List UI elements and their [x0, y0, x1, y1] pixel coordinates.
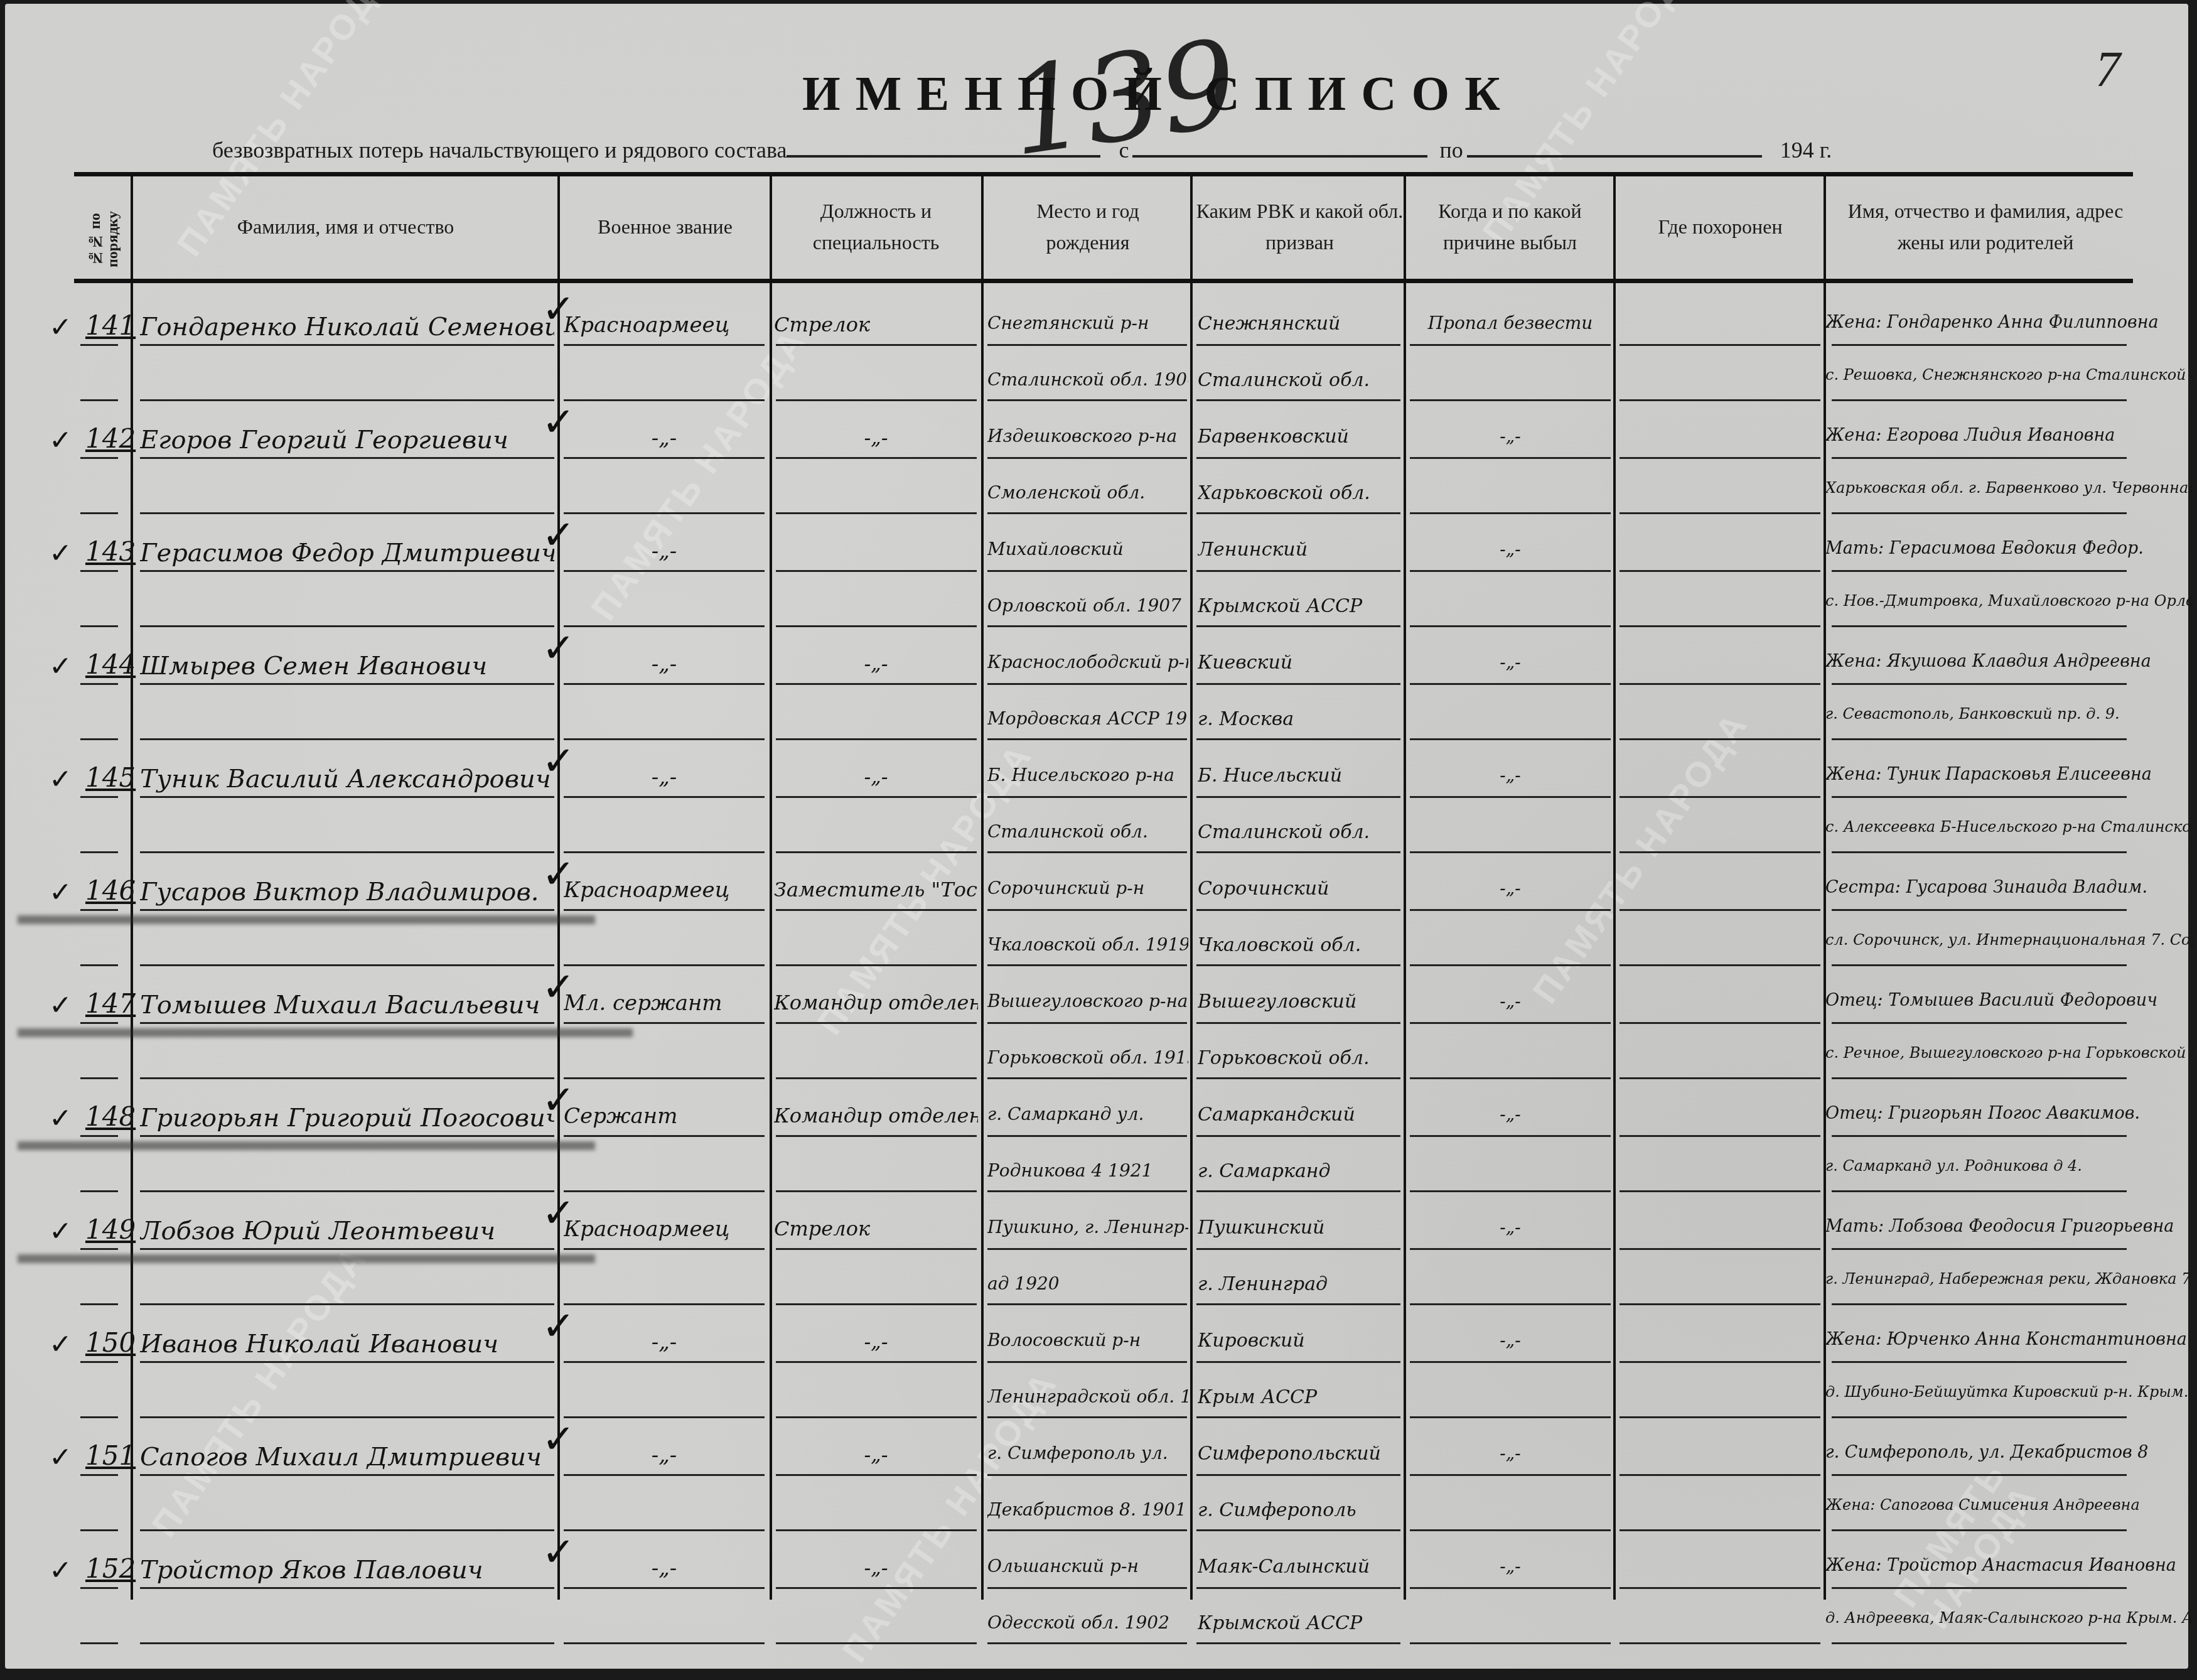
- row-rule: [1832, 1022, 2127, 1024]
- cell-birth-2: Декабристов 8. 1901: [987, 1499, 1188, 1520]
- row-number: 144: [85, 649, 136, 680]
- row-rule: [80, 1248, 118, 1250]
- row-rule: [1620, 1642, 1820, 1644]
- row-rule: [1620, 1303, 1820, 1305]
- row-rule: [776, 1416, 977, 1418]
- row-rule: [564, 1248, 765, 1250]
- cell-rvk-2: Крымской АССР: [1198, 1612, 1402, 1634]
- row-rule: [1832, 683, 2127, 685]
- row-rule: [80, 1587, 118, 1589]
- row-rule: [1832, 625, 2127, 627]
- row-rule: [80, 1361, 118, 1363]
- cell-rvk-1: Симферопольский: [1198, 1443, 1402, 1465]
- pencil-strike-mark: [18, 1028, 633, 1037]
- row-rule: [1620, 1529, 1820, 1531]
- pencil-strike-mark: [18, 1141, 595, 1150]
- row-rule: [80, 512, 118, 514]
- cell-rel-2: г. Ленинград, Набережная реки, Ждановка …: [1825, 1270, 2193, 1288]
- row-rule: [987, 1361, 1187, 1363]
- cell-rel-1: Жена: Тройстор Анастасия Ивановна: [1825, 1556, 2193, 1575]
- column-divider: [981, 175, 984, 1600]
- cell-rank: -„-: [564, 539, 765, 564]
- row-rule: [80, 738, 118, 740]
- row-rule: [776, 964, 977, 966]
- row-rule: [564, 683, 765, 685]
- row-rule: [80, 851, 118, 853]
- row-rule: [1410, 625, 1611, 627]
- row-rule: [987, 1642, 1187, 1644]
- row-rule: [1410, 512, 1611, 514]
- cell-rel-1: Отец: Григорьян Погос Авакимов.: [1825, 1104, 2193, 1123]
- row-rule: [1832, 851, 2127, 853]
- row-rule: [987, 1190, 1187, 1192]
- row-rule: [1410, 1077, 1611, 1079]
- row-rule: [140, 851, 554, 853]
- row-rule: [1832, 1587, 2127, 1589]
- cell-birth-2: Орловской обл. 1907: [987, 595, 1188, 616]
- row-number: 152: [85, 1553, 136, 1584]
- cell-rvk-1: Самаркандский: [1198, 1104, 1402, 1126]
- row-number: 146: [85, 875, 136, 906]
- row-rule: [140, 1248, 554, 1250]
- cell-birth-1: Вышегуловского р-на: [987, 991, 1188, 1011]
- cell-rel-1: Жена: Туник Парасковья Елисеевна: [1825, 765, 2193, 784]
- row-rule: [776, 683, 977, 685]
- cell-rvk-1: Барвенковский: [1198, 426, 1402, 448]
- row-rule: [1196, 909, 1400, 911]
- row-rule: [1410, 738, 1611, 740]
- row-rule: [1832, 399, 2127, 401]
- row-rule: [1410, 1248, 1611, 1250]
- row-rule: [776, 344, 977, 346]
- cell-when: -„-: [1410, 765, 1611, 785]
- cell-position: -„-: [774, 1556, 978, 1580]
- cell-name: Томышев Михаил Васильевич: [140, 991, 554, 1020]
- row-rule: [564, 1303, 765, 1305]
- row-rule: [987, 1474, 1187, 1476]
- row-rule: [776, 851, 977, 853]
- cell-birth-2: Чкаловской обл. 1919: [987, 934, 1188, 955]
- cell-when: -„-: [1410, 1556, 1611, 1576]
- row-rule: [1620, 909, 1820, 911]
- row-rule: [80, 625, 118, 627]
- row-rule: [1832, 1361, 2127, 1363]
- row-rule: [1196, 683, 1400, 685]
- checkmark-icon: ✓: [49, 537, 72, 569]
- row-rule: [140, 344, 554, 346]
- cell-rel-2: д. Андреевка, Маяк-Салынского р-на Крым.…: [1825, 1609, 2193, 1627]
- row-rule: [1620, 1022, 1820, 1024]
- row-rule: [1832, 512, 2127, 514]
- row-rule: [80, 1022, 118, 1024]
- row-rule: [564, 851, 765, 853]
- row-rule: [987, 625, 1187, 627]
- header-when: Когда и по какой причине выбыл: [1411, 195, 1609, 258]
- cell-rank: -„-: [564, 1330, 765, 1355]
- row-rule: [140, 1077, 554, 1079]
- row-rule: [1620, 683, 1820, 685]
- row-rule: [1196, 1190, 1400, 1192]
- row-rule: [776, 1474, 977, 1476]
- cell-rank: -„-: [564, 1443, 765, 1468]
- row-rule: [80, 457, 118, 459]
- checkmark-icon: ✓: [49, 1215, 72, 1247]
- date-to-label: по: [1439, 137, 1463, 163]
- row-rule: [776, 1022, 977, 1024]
- row-rule: [1832, 457, 2127, 459]
- row-rule: [1196, 1587, 1400, 1589]
- row-rule: [564, 1190, 765, 1192]
- cell-when: -„-: [1410, 1104, 1611, 1124]
- row-rule: [1620, 1248, 1820, 1250]
- header-buried: Где похоронен: [1618, 211, 1822, 242]
- cell-rel-2: Харьковская обл. г. Барвенково ул. Черво…: [1825, 479, 2193, 497]
- row-rule: [987, 851, 1187, 853]
- cell-rank: Красноармеец: [564, 878, 765, 903]
- header-relatives: Имя, отчество и фамилия, адрес жены или …: [1832, 195, 2139, 258]
- row-rule: [80, 964, 118, 966]
- row-rule: [140, 570, 554, 572]
- watermark: ПАМЯТЬ НАРОДА: [584, 322, 814, 627]
- checkmark-icon: ✓: [49, 650, 72, 682]
- checkmark-icon: ✓: [49, 1328, 72, 1360]
- cell-when: -„-: [1410, 652, 1611, 672]
- row-number: 150: [85, 1327, 136, 1358]
- cell-birth-2: Сталинской обл. 1900: [987, 369, 1188, 390]
- document-sheet: ПАМЯТЬ НАРОДА ПАМЯТЬ НАРОДА ПАМЯТЬ НАРОД…: [5, 4, 2188, 1669]
- row-rule: [1196, 457, 1400, 459]
- cell-birth-2: Ленинградской обл. 1908 г.: [987, 1386, 1188, 1407]
- row-rule: [776, 1303, 977, 1305]
- row-rule: [1196, 1416, 1400, 1418]
- row-rule: [1196, 1474, 1400, 1476]
- row-rule: [987, 1077, 1187, 1079]
- row-rule: [564, 1416, 765, 1418]
- checkmark-icon: ✓: [49, 424, 72, 456]
- row-rule: [1410, 1587, 1611, 1589]
- row-rule: [80, 909, 118, 911]
- row-rule: [1196, 1022, 1400, 1024]
- cell-position: Заместитель "Тост": [774, 878, 978, 902]
- row-rule: [564, 512, 765, 514]
- cell-name: Герасимов Федор Дмитриевич: [140, 539, 554, 568]
- row-number: 141: [85, 310, 136, 341]
- row-rule: [1620, 1135, 1820, 1137]
- cell-birth-1: г. Симферополь ул.: [987, 1443, 1188, 1463]
- row-rule: [564, 964, 765, 966]
- cell-rank: Красноармеец: [564, 313, 765, 338]
- cell-birth-2: ад 1920: [987, 1273, 1188, 1294]
- cell-rel-2: с. Нов.-Дмитровка, Михайловского р-на Ор…: [1825, 592, 2193, 610]
- row-rule: [140, 683, 554, 685]
- row-rule: [140, 738, 554, 740]
- subtitle-line: безвозвратных потерь начальствующего и р…: [212, 137, 1832, 163]
- row-rule: [1832, 1416, 2127, 1418]
- row-rule: [1410, 851, 1611, 853]
- cell-rel-1: г. Симферополь, ул. Декабристов 8: [1825, 1443, 2193, 1462]
- row-rule: [564, 738, 765, 740]
- subtitle: безвозвратных потерь начальствующего и р…: [212, 137, 787, 163]
- cell-rank: -„-: [564, 652, 765, 677]
- row-rule: [776, 738, 977, 740]
- row-rule: [564, 570, 765, 572]
- row-rule: [1410, 1361, 1611, 1363]
- cell-rel-1: Жена: Юрченко Анна Константиновна: [1825, 1330, 2193, 1349]
- row-rule: [1620, 344, 1820, 346]
- cell-birth-2: Смоленской обл.: [987, 482, 1188, 503]
- row-rule: [564, 344, 765, 346]
- cell-rvk-2: Харьковской обл.: [1198, 482, 1402, 504]
- row-rule: [1832, 1077, 2127, 1079]
- cell-rvk-1: Кировский: [1198, 1330, 1402, 1352]
- cell-name: Тройстор Яков Павлович: [140, 1556, 554, 1585]
- row-rule: [1410, 964, 1611, 966]
- row-rule: [1832, 344, 2127, 346]
- row-rule: [1410, 1642, 1611, 1644]
- cell-birth-1: г. Самарканд ул.: [987, 1104, 1188, 1124]
- cell-position: -„-: [774, 765, 978, 789]
- row-rule: [776, 570, 977, 572]
- row-rule: [1832, 909, 2127, 911]
- row-rule: [1832, 1303, 2127, 1305]
- row-rule: [80, 1303, 118, 1305]
- row-rule: [1620, 399, 1820, 401]
- cell-birth-1: Ольшанский р-н: [987, 1556, 1188, 1576]
- row-rule: [987, 1529, 1187, 1531]
- row-rule: [987, 1303, 1187, 1305]
- row-rule: [1410, 1190, 1611, 1192]
- cell-when: -„-: [1410, 1443, 1611, 1463]
- cell-position: -„-: [774, 426, 978, 450]
- cell-rel-2: д. Шубино-Бейшуйтка Кировский р-н. Крым.…: [1825, 1383, 2193, 1401]
- row-rule: [140, 1303, 554, 1305]
- row-rule: [1620, 457, 1820, 459]
- cell-rvk-1: Сорочинский: [1198, 878, 1402, 900]
- row-rule: [1410, 796, 1611, 798]
- row-rule: [987, 512, 1187, 514]
- row-rule: [776, 399, 977, 401]
- header-birth: Место и год рождения: [997, 195, 1179, 258]
- row-number: 143: [85, 536, 136, 567]
- row-rule: [987, 1416, 1187, 1418]
- cell-birth-1: Снегтянский р-н: [987, 313, 1188, 333]
- row-rule: [140, 1529, 554, 1531]
- row-rule: [1620, 851, 1820, 853]
- row-rule: [1620, 964, 1820, 966]
- cell-rel-1: Жена: Якушова Клавдия Андреевна: [1825, 652, 2193, 671]
- cell-rvk-2: г. Самарканд: [1198, 1160, 1402, 1182]
- cell-rvk-2: Чкаловской обл.: [1198, 934, 1402, 956]
- row-number: 149: [85, 1214, 136, 1245]
- row-rule: [140, 512, 554, 514]
- row-rule: [1196, 570, 1400, 572]
- row-rule: [140, 1642, 554, 1644]
- cell-rvk-1: Маяк-Салынский: [1198, 1556, 1402, 1578]
- row-rule: [80, 399, 118, 401]
- cell-rvk-1: Ленинский: [1198, 539, 1402, 561]
- row-rule: [987, 1135, 1187, 1137]
- checkmark-icon: ✓: [49, 311, 72, 343]
- cell-position: Стрелок: [774, 313, 978, 337]
- row-rule: [1832, 738, 2127, 740]
- cell-rank: Мл. сержант: [564, 991, 765, 1016]
- row-rule: [564, 625, 765, 627]
- row-rule: [776, 1642, 977, 1644]
- row-rule: [1620, 570, 1820, 572]
- cell-rank: -„-: [564, 1556, 765, 1581]
- cell-birth-2: Одесской обл. 1902: [987, 1612, 1188, 1633]
- row-rule: [564, 399, 765, 401]
- cell-rel-1: Мать: Герасимова Евдокия Федор.: [1825, 539, 2193, 558]
- year-label: 194 г.: [1780, 137, 1832, 163]
- header-position: Должность и специальность: [783, 195, 969, 258]
- row-rule: [776, 909, 977, 911]
- cell-rvk-1: Вышегуловский: [1198, 991, 1402, 1013]
- row-rule: [776, 457, 977, 459]
- row-rule: [1620, 1587, 1820, 1589]
- row-rule: [987, 399, 1187, 401]
- row-rule: [1832, 1135, 2127, 1137]
- row-rule: [1196, 344, 1400, 346]
- row-rule: [80, 1190, 118, 1192]
- checkmark-icon: ✓: [49, 1554, 72, 1586]
- row-rule: [1832, 1190, 2127, 1192]
- row-rule: [1410, 1303, 1611, 1305]
- row-rule: [140, 1361, 554, 1363]
- cell-birth-2: Мордовская АССР 1910: [987, 708, 1188, 729]
- row-rule: [140, 1022, 554, 1024]
- row-rule: [80, 570, 118, 572]
- cell-when: Пропал безвести: [1410, 313, 1611, 333]
- row-rule: [1620, 738, 1820, 740]
- column-divider: [1190, 175, 1193, 1600]
- row-rule: [140, 964, 554, 966]
- row-rule: [1196, 964, 1400, 966]
- cell-when: -„-: [1410, 426, 1611, 446]
- cell-rvk-2: г. Ленинград: [1198, 1273, 1402, 1295]
- cell-birth-2: Сталинской обл.: [987, 821, 1188, 842]
- row-rule: [1620, 1190, 1820, 1192]
- cell-birth-1: Сорочинский р-н: [987, 878, 1188, 898]
- pencil-strike-mark: [18, 915, 595, 924]
- row-rule: [80, 1077, 118, 1079]
- header-rank: Военное звание: [561, 211, 770, 242]
- cell-rvk-2: Крымской АССР: [1198, 595, 1402, 617]
- watermark: ПАМЯТЬ НАРОДА: [145, 1239, 374, 1543]
- row-rule: [1196, 796, 1400, 798]
- row-number: 142: [85, 423, 136, 454]
- cell-name: Шмырев Семен Иванович: [140, 652, 554, 681]
- row-rule: [1410, 683, 1611, 685]
- row-rule: [564, 909, 765, 911]
- row-rule: [1620, 512, 1820, 514]
- row-rule: [564, 1022, 765, 1024]
- row-rule: [987, 457, 1187, 459]
- cell-birth-2: Родникова 4 1921: [987, 1160, 1188, 1181]
- cell-rvk-2: Крым АССР: [1198, 1386, 1402, 1408]
- row-rule: [1196, 625, 1400, 627]
- row-rule: [776, 1135, 977, 1137]
- cell-rvk-1: Киевский: [1198, 652, 1402, 674]
- row-number: 147: [85, 988, 136, 1019]
- cell-position: -„-: [774, 1330, 978, 1354]
- row-rule: [80, 1416, 118, 1418]
- row-rule: [1410, 1474, 1611, 1476]
- cell-rel-2: с. Алексеевка Б-Нисельского р-на Сталинс…: [1825, 818, 2193, 836]
- cell-name: Егоров Георгий Георгиевич: [140, 426, 554, 455]
- cell-name: Сапогов Михаил Дмитриевич: [140, 1443, 554, 1472]
- row-rule: [1196, 851, 1400, 853]
- row-rule: [564, 457, 765, 459]
- row-rule: [1832, 964, 2127, 966]
- row-rule: [140, 909, 554, 911]
- row-rule: [140, 457, 554, 459]
- cell-name: Гондаренко Николай Семенович: [140, 313, 554, 342]
- row-rule: [1620, 1416, 1820, 1418]
- row-rule: [80, 1642, 118, 1644]
- cell-rel-2: г. Севастополь, Банковский пр. д. 9.: [1825, 705, 2193, 723]
- page-number: 7: [2095, 41, 2120, 99]
- cell-when: -„-: [1410, 991, 1611, 1011]
- column-divider: [1404, 175, 1406, 1600]
- cell-rel-2: г. Самарканд ул. Родникова д 4.: [1825, 1157, 2193, 1175]
- row-rule: [564, 1529, 765, 1531]
- row-rule: [80, 1529, 118, 1531]
- cell-rank: -„-: [564, 426, 765, 451]
- row-rule: [776, 1077, 977, 1079]
- cell-rel-1: Отец: Томышев Василий Федорович: [1825, 991, 2193, 1010]
- row-rule: [80, 796, 118, 798]
- checkmark-icon: ✓: [49, 876, 72, 908]
- row-rule: [140, 1416, 554, 1418]
- row-rule: [1832, 796, 2127, 798]
- cell-birth-1: Михайловский: [987, 539, 1188, 559]
- cell-when: -„-: [1410, 539, 1611, 559]
- row-rule: [564, 1587, 765, 1589]
- row-rule: [987, 738, 1187, 740]
- row-rule: [140, 1190, 554, 1192]
- row-rule: [1196, 1135, 1400, 1137]
- row-rule: [1410, 344, 1611, 346]
- row-rule: [776, 625, 977, 627]
- cell-rvk-2: Сталинской обл.: [1198, 369, 1402, 391]
- row-rule: [1620, 625, 1820, 627]
- cell-name: Иванов Николай Иванович: [140, 1330, 554, 1359]
- row-rule: [987, 796, 1187, 798]
- cell-birth-1: Б. Нисельского р-на: [987, 765, 1188, 785]
- row-rule: [776, 512, 977, 514]
- row-rule: [80, 1474, 118, 1476]
- row-rule: [776, 1361, 977, 1363]
- cell-rvk-1: Снежнянский: [1198, 313, 1402, 335]
- cell-position: -„-: [774, 652, 978, 676]
- row-rule: [564, 1135, 765, 1137]
- column-divider: [770, 175, 772, 1600]
- row-rule: [1832, 1248, 2127, 1250]
- header-rvk: Каким РВК и какой обл. призван: [1195, 195, 1405, 258]
- cell-rvk-1: Б. Нисельский: [1198, 765, 1402, 787]
- row-rule: [776, 1248, 977, 1250]
- row-rule: [1196, 1248, 1400, 1250]
- cell-position: Командир отделен.: [774, 1104, 978, 1128]
- row-number: 148: [85, 1101, 136, 1132]
- row-rule: [1832, 1642, 2127, 1644]
- row-rule: [1620, 1077, 1820, 1079]
- row-rule: [776, 1529, 977, 1531]
- cell-rel-1: Сестра: Гусарова Зинаида Владим.: [1825, 878, 2193, 897]
- row-rule: [1410, 1416, 1611, 1418]
- cell-rel-1: Мать: Лобзова Феодосия Григорьевна: [1825, 1217, 2193, 1236]
